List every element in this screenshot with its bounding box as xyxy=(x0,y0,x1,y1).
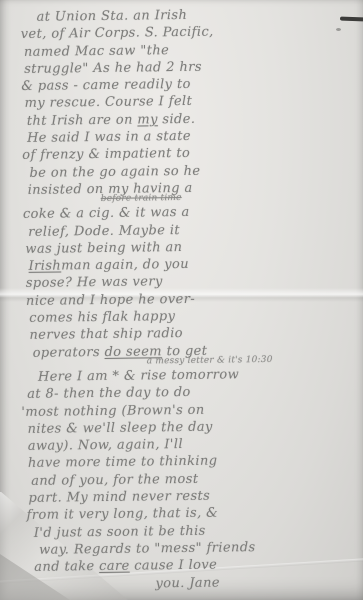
letter-paper: at Union Sta. an Irishvet, of Air Corps.… xyxy=(0,0,363,600)
letter-line: you. Jane xyxy=(155,572,363,592)
letter-interlineation: a messy letter & it's 10:30 xyxy=(147,356,363,366)
letter-lines: at Union Sta. an Irishvet, of Air Corps.… xyxy=(0,5,363,594)
photo-background: { "document": { "type": "handwritten-let… xyxy=(0,0,363,600)
